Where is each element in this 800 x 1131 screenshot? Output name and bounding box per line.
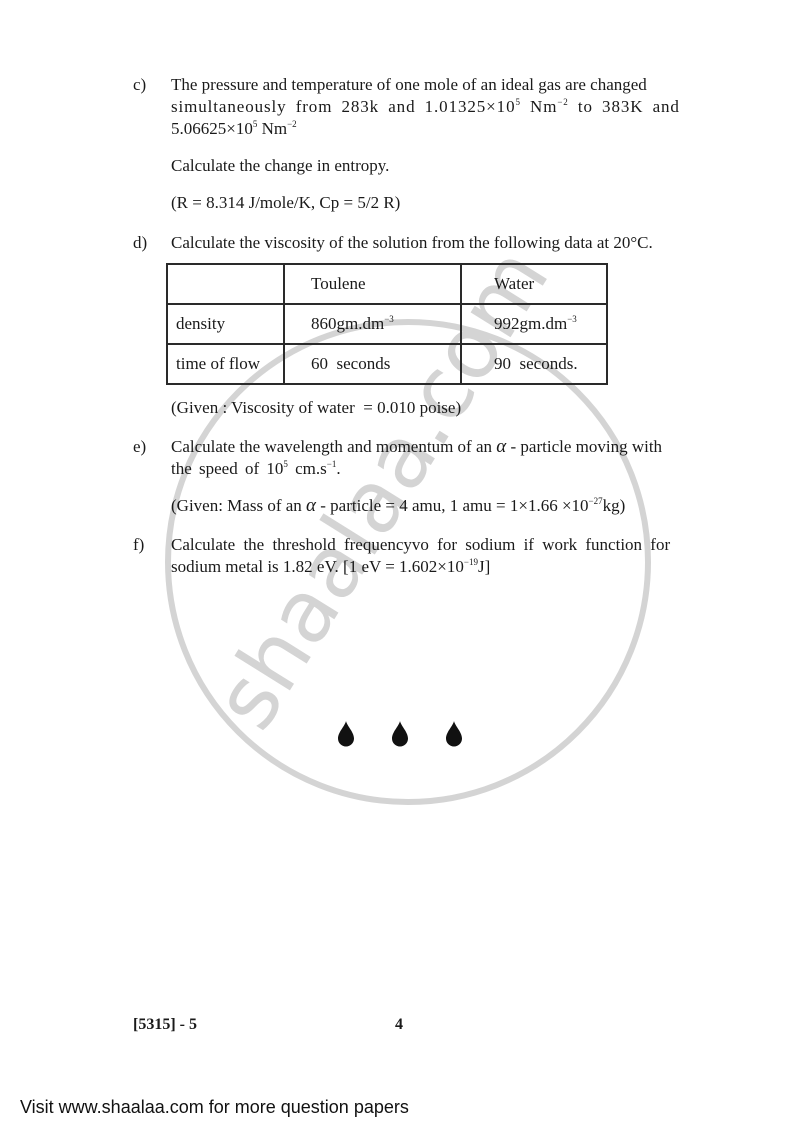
exam-page: c) The pressure and temperature of one m… — [0, 0, 800, 1131]
table-cell: density — [167, 304, 284, 344]
question-label: e) — [133, 436, 163, 458]
question-f: f) Calculate the threshold frequencyvo f… — [133, 534, 705, 578]
drop-icon — [337, 720, 355, 748]
question-e: e) Calculate the wavelength and momentum… — [133, 436, 705, 517]
question-text: Calculate the viscosity of the solution … — [171, 232, 705, 254]
viscosity-data-table: Toulene Water density 860gm.dm−3 992gm.d… — [166, 263, 608, 385]
table-row: time of flow 60 seconds 90 seconds. — [167, 344, 607, 384]
table-cell: 60 seconds — [284, 344, 461, 384]
table-header-cell: Toulene — [284, 264, 461, 304]
question-instruction: Calculate the change in entropy. — [171, 155, 705, 177]
question-label: c) — [133, 74, 163, 96]
question-c: c) The pressure and temperature of one m… — [133, 74, 705, 214]
paper-code: [5315] - 5 — [133, 1016, 197, 1034]
table-header-cell: Water — [461, 264, 607, 304]
table-cell: 992gm.dm−3 — [461, 304, 607, 344]
alpha-symbol: α — [496, 436, 506, 457]
drop-icon — [391, 720, 409, 748]
alpha-symbol: α — [306, 495, 316, 516]
given-values: (R = 8.314 J/mole/K, Cp = 5/2 R) — [171, 192, 705, 214]
question-label: f) — [133, 534, 163, 556]
question-label: d) — [133, 232, 163, 254]
table-row: density 860gm.dm−3 992gm.dm−3 — [167, 304, 607, 344]
given-values: (Given: Mass of an α - particle = 4 amu,… — [171, 495, 705, 517]
given-values: (Given : Viscosity of water = 0.010 pois… — [171, 398, 461, 418]
table-header-cell — [167, 264, 284, 304]
question-text: The pressure and temperature of one mole… — [171, 74, 705, 140]
table-header-row: Toulene Water — [167, 264, 607, 304]
question-text: Calculate the wavelength and momentum of… — [171, 436, 705, 480]
table-cell: 860gm.dm−3 — [284, 304, 461, 344]
table-cell: time of flow — [167, 344, 284, 384]
visit-banner-link[interactable]: Visit www.shaalaa.com for more question … — [20, 1097, 409, 1118]
table-cell: 90 seconds. — [461, 344, 607, 384]
question-text: Calculate the threshold frequencyvo for … — [171, 534, 705, 578]
end-of-paper-marker — [337, 720, 467, 750]
drop-icon — [445, 720, 463, 748]
page-number: 4 — [395, 1016, 403, 1034]
question-d: d) Calculate the viscosity of the soluti… — [133, 232, 705, 254]
